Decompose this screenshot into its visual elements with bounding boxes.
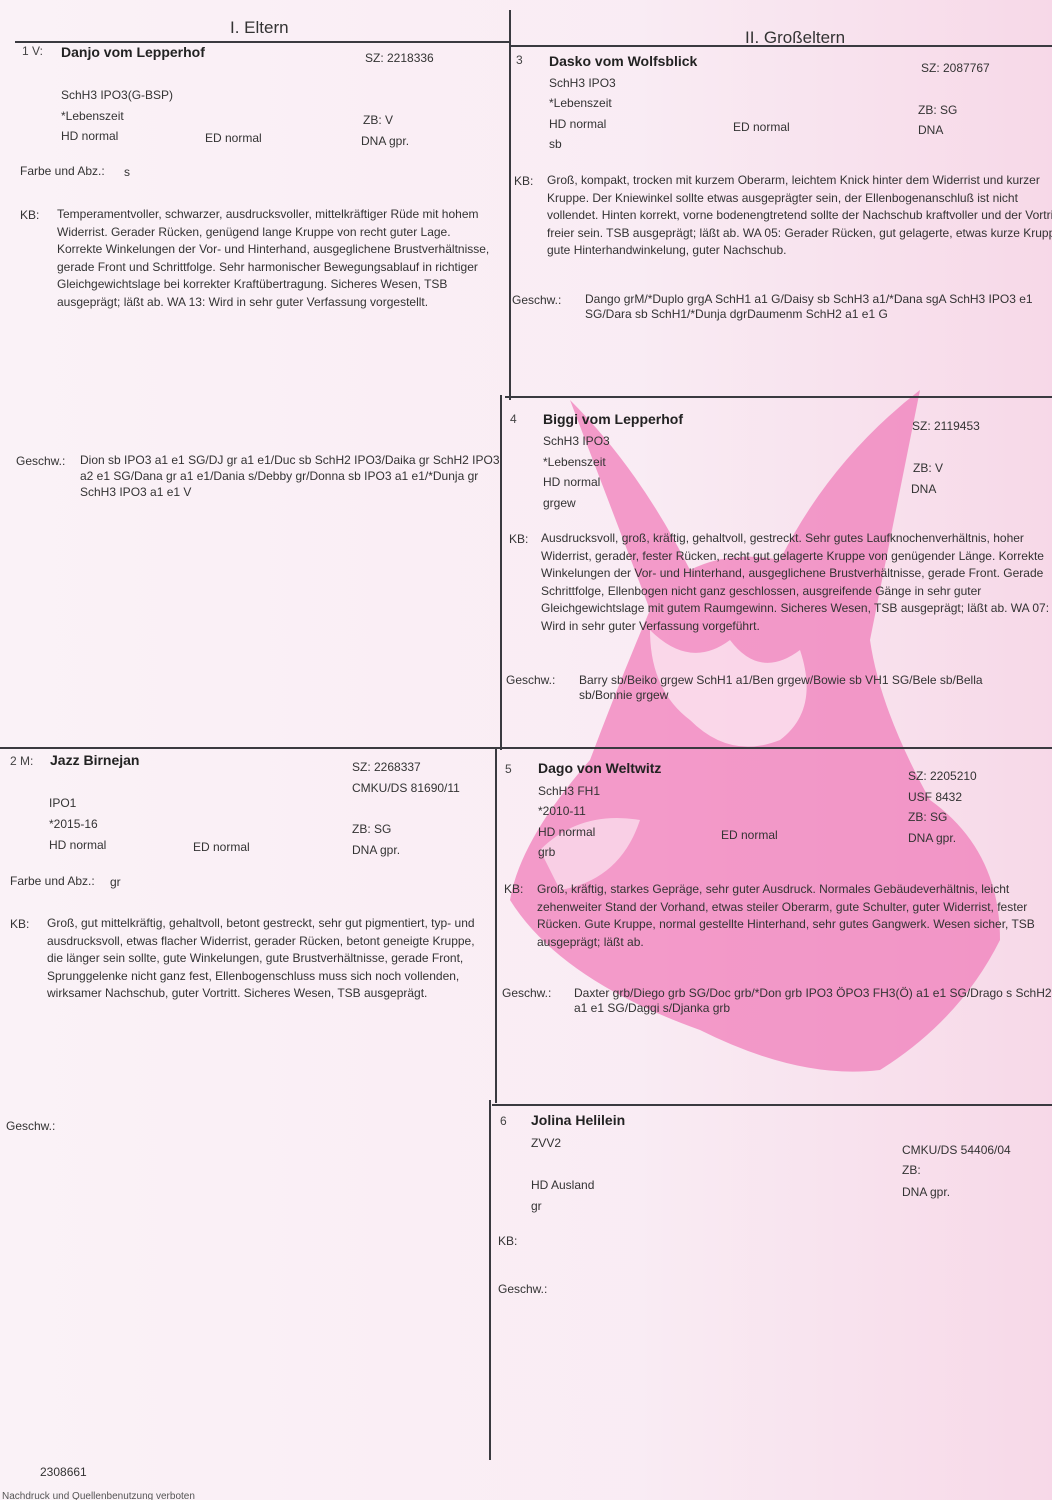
- zb-rating: ZB: SG: [908, 810, 947, 824]
- color-label: Farbe und Abz.:: [10, 874, 95, 888]
- sz-number: SZ: 2268337: [352, 760, 421, 774]
- titles: ZVV2: [531, 1136, 561, 1150]
- hd-status: HD normal: [543, 475, 600, 489]
- sz-number: SZ: 2119453: [912, 419, 980, 433]
- hd-status: HD normal: [549, 117, 606, 131]
- hd-status: HD Ausland: [531, 1178, 594, 1192]
- geschw-label: Geschw.:: [506, 673, 555, 687]
- zb-rating: ZB:: [902, 1163, 921, 1177]
- dna-status: DNA: [911, 482, 936, 496]
- geschw-label: Geschw.:: [498, 1282, 547, 1296]
- titles: SchH3 FH1: [538, 784, 600, 798]
- dna-status: DNA gpr.: [361, 134, 409, 148]
- entry-number: 1 V:: [22, 44, 43, 58]
- ed-status: ED normal: [733, 120, 790, 134]
- registration: CMKU/DS 81690/11: [352, 781, 460, 795]
- titles: SchH3 IPO3(G-BSP): [61, 88, 173, 102]
- dna-status: DNA gpr.: [908, 831, 956, 845]
- color-value: grgew: [543, 496, 576, 510]
- hd-status: HD normal: [49, 838, 106, 852]
- kb-label: KB:: [20, 208, 39, 222]
- color-value: grb: [538, 845, 555, 859]
- section-title-grandparents: II. Großeltern: [745, 28, 845, 48]
- sz-number: SZ: 2218336: [365, 51, 434, 65]
- kb-label: KB:: [514, 174, 533, 188]
- kb-text: Temperamentvoller, schwarzer, ausdrucksv…: [57, 206, 497, 311]
- zb-rating: ZB: V: [913, 461, 943, 475]
- color-value: sb: [549, 137, 562, 151]
- entry-number: 4: [510, 412, 517, 426]
- geschw-label: Geschw.:: [512, 293, 561, 307]
- copyright-notice: Nachdruck und Quellenbenutzung verboten: [2, 1491, 195, 1500]
- entry-number: 5: [505, 762, 512, 776]
- dog-name: Jolina Helilein: [531, 1112, 625, 1128]
- geschw-label: Geschw.:: [502, 986, 551, 1000]
- dna-status: DNA gpr.: [902, 1185, 950, 1199]
- registration: CMKU/DS 54406/04: [902, 1143, 1011, 1157]
- dog-name: Jazz Birnejan: [50, 752, 139, 768]
- titles: IPO1: [49, 796, 76, 810]
- birth: *Lebenszeit: [543, 455, 606, 469]
- divider: [509, 10, 511, 400]
- divider: [489, 1100, 491, 1460]
- geschw-label: Geschw.:: [6, 1119, 55, 1133]
- sz-number: SZ: 2087767: [921, 61, 990, 75]
- birth: *Lebenszeit: [549, 96, 612, 110]
- dog-name: Dasko vom Wolfsblick: [549, 53, 697, 69]
- dog-name: Dago von Weltwitz: [538, 760, 661, 776]
- kb-text: Groß, kompakt, trocken mit kurzem Oberar…: [547, 172, 1052, 260]
- titles: SchH3 IPO3: [549, 76, 616, 90]
- color-value: s: [124, 165, 130, 179]
- ed-status: ED normal: [721, 828, 778, 842]
- ed-status: ED normal: [193, 840, 250, 854]
- entry-number: 3: [516, 53, 523, 67]
- sz-number: SZ: 2205210: [908, 769, 977, 783]
- ed-status: ED normal: [205, 131, 262, 145]
- color-value: gr: [531, 1199, 542, 1213]
- divider: [500, 395, 502, 750]
- kb-text: Groß, kräftig, starkes Gepräge, sehr gut…: [537, 881, 1052, 951]
- dog-name: Biggi vom Lepperhof: [543, 411, 683, 427]
- titles: SchH3 IPO3: [543, 434, 610, 448]
- divider: [0, 747, 1052, 749]
- color-value: gr: [110, 875, 121, 889]
- kb-label: KB:: [509, 532, 528, 546]
- kb-label: KB:: [10, 917, 29, 931]
- document-number: 2308661: [40, 1465, 87, 1479]
- hd-status: HD normal: [538, 825, 595, 839]
- kb-text: Groß, gut mittelkräftig, gehaltvoll, bet…: [47, 915, 492, 1003]
- dog-name: Danjo vom Lepperhof: [61, 44, 205, 60]
- divider: [495, 748, 497, 1103]
- geschw-text: Barry sb/Beiko grgew SchH1 a1/Ben grgew/…: [579, 673, 1029, 703]
- birth: *Lebenszeit: [61, 109, 124, 123]
- entry-number: 2 M:: [10, 754, 33, 768]
- color-label: Farbe und Abz.:: [20, 164, 105, 178]
- dna-status: DNA: [918, 123, 943, 137]
- zb-rating: ZB: SG: [918, 103, 957, 117]
- divider: [492, 1104, 1052, 1106]
- kb-label: KB:: [504, 882, 523, 896]
- entry-number: 6: [500, 1114, 507, 1128]
- zb-rating: ZB: SG: [352, 822, 391, 836]
- section-title-parents: I. Eltern: [230, 18, 289, 38]
- kb-text: Ausdrucksvoll, groß, kräftig, gehaltvoll…: [541, 530, 1052, 635]
- geschw-text: Dango grM/*Duplo grgA SchH1 a1 G/Daisy s…: [585, 292, 1052, 322]
- divider: [505, 396, 1052, 398]
- divider: [15, 41, 510, 43]
- geschw-text: Dion sb IPO3 a1 e1 SG/DJ gr a1 e1/Duc sb…: [80, 452, 500, 500]
- birth: *2010-11: [538, 804, 586, 818]
- dna-status: DNA gpr.: [352, 843, 400, 857]
- birth: *2015-16: [49, 817, 98, 831]
- geschw-label: Geschw.:: [16, 454, 65, 468]
- registration: USF 8432: [908, 790, 962, 804]
- hd-status: HD normal: [61, 129, 118, 143]
- geschw-text: Daxter grb/Diego grb SG/Doc grb/*Don grb…: [574, 986, 1052, 1016]
- kb-label: KB:: [498, 1234, 517, 1248]
- zb-rating: ZB: V: [363, 113, 393, 127]
